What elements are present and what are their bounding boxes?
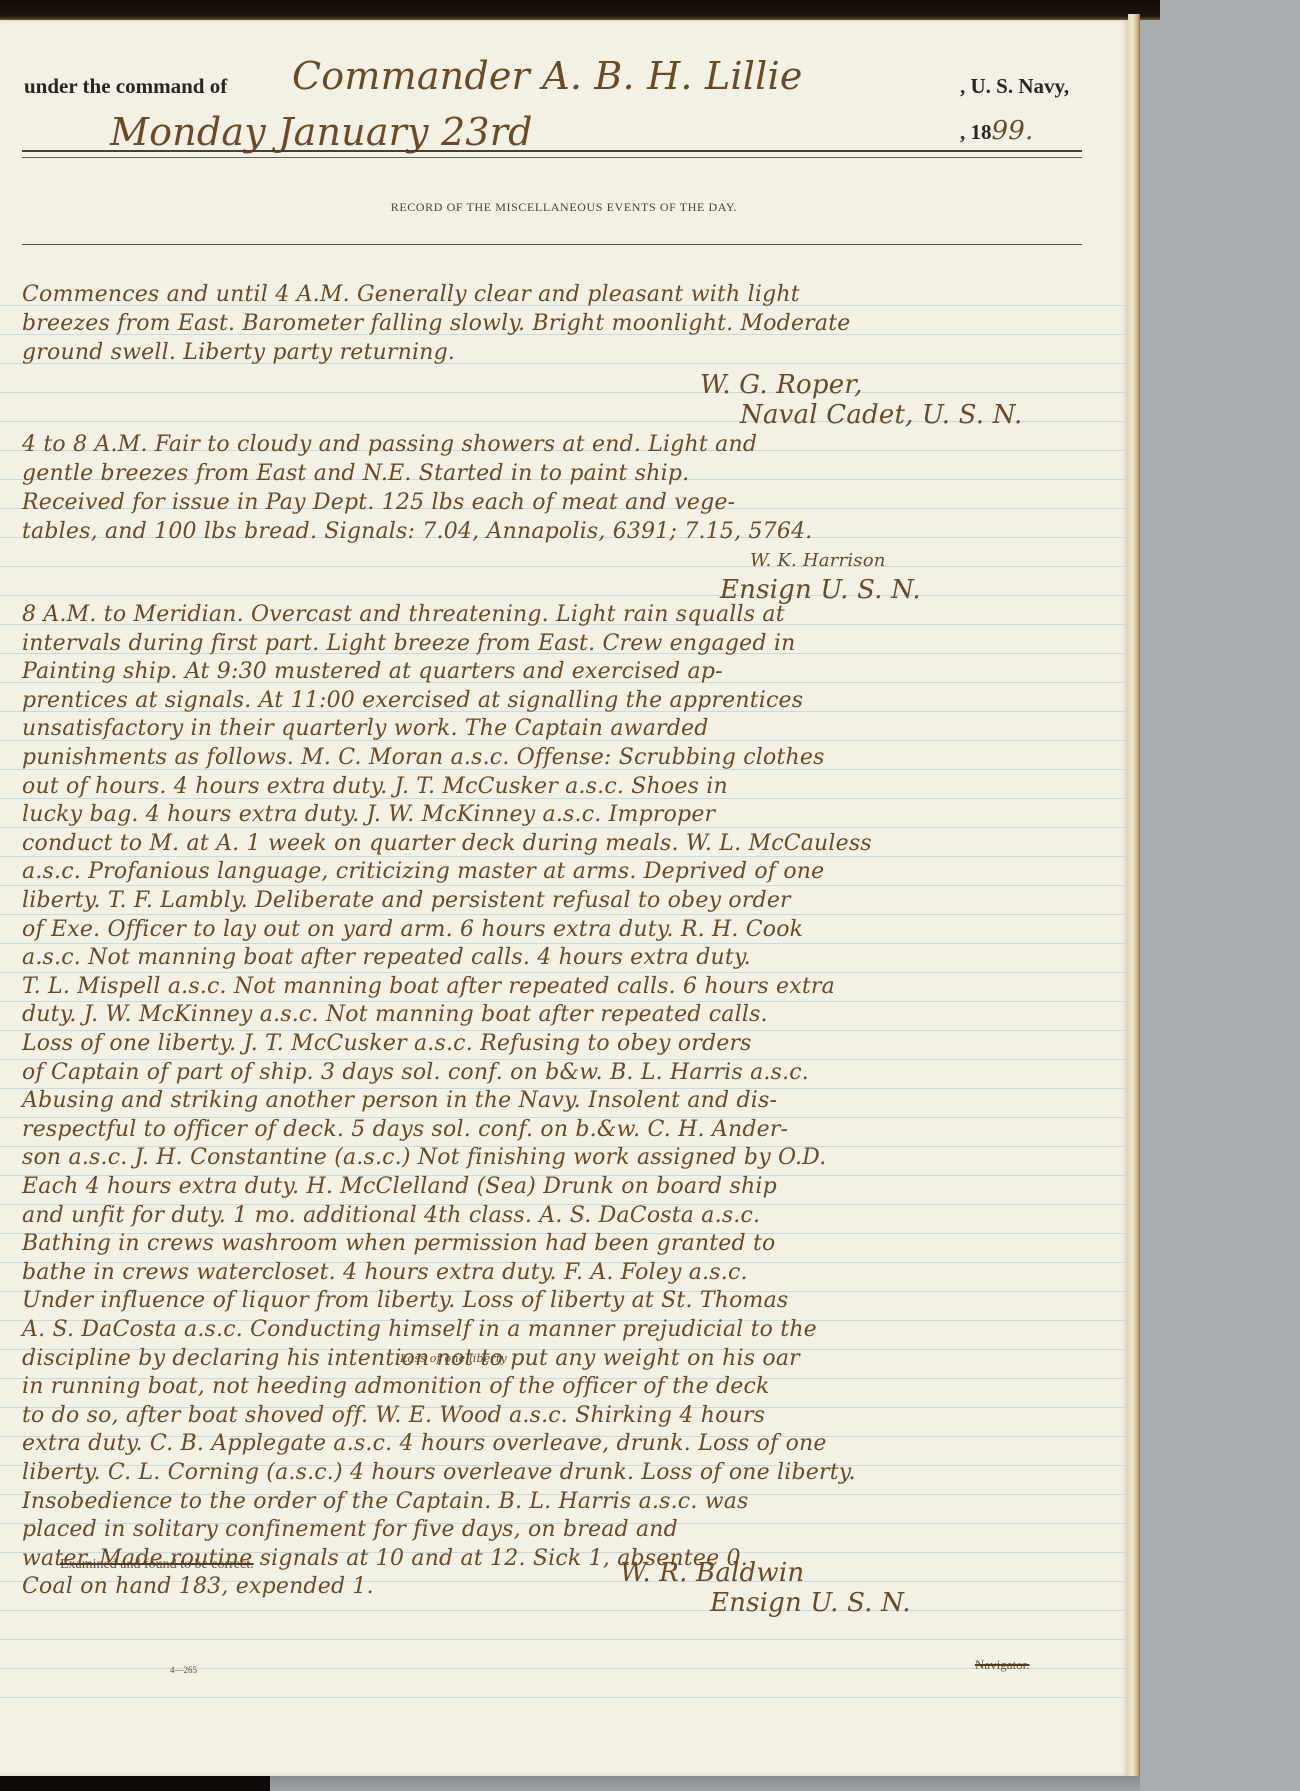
ruled-line: [0, 1697, 1128, 1698]
entry-line: T. L. Mispell a.s.c. Not manning boat af…: [22, 974, 835, 999]
section-title: RECORD OF THE MISCELLANEOUS EVENTS OF TH…: [0, 200, 1128, 215]
entry-line: lucky bag. 4 hours extra duty. J. W. McK…: [22, 802, 715, 827]
entry-line: Coal on hand 183, expended 1.: [22, 1574, 374, 1599]
navy-suffix: , U. S. Navy,: [960, 74, 1069, 99]
entry-line: A. S. DaCosta a.s.c. Conducting himself …: [22, 1317, 817, 1342]
log-page: under the command of Commander A. B. H. …: [0, 20, 1128, 1776]
entry-line: 8 A.M. to Meridian. Overcast and threate…: [22, 602, 785, 627]
entry-line: liberty. T. F. Lambly. Deliberate and pe…: [22, 888, 791, 913]
entry-line: Abusing and striking another person in t…: [22, 1088, 777, 1113]
entry-line: of Captain of part of ship. 3 days sol. …: [22, 1060, 809, 1085]
entry-line: extra duty. C. B. Applegate a.s.c. 4 hou…: [22, 1431, 827, 1456]
entry-line: breezes from East. Barometer falling slo…: [22, 311, 850, 336]
entry-line: Under influence of liquor from liberty. …: [22, 1288, 788, 1313]
form-number: 4—265: [170, 1665, 197, 1675]
entry-line: Insobedience to the order of the Captain…: [22, 1489, 749, 1514]
log-date: Monday January 23rd: [110, 110, 533, 154]
entry-line: gentle breezes from East and N.E. Starte…: [22, 461, 689, 486]
entry-line: a.s.c. Profanious language, criticizing …: [22, 859, 824, 884]
entry-line: Painting ship. At 9:30 mustered at quart…: [22, 659, 723, 684]
navigator-label: Navigator.: [975, 1657, 1030, 1673]
entry-line: punishments as follows. M. C. Moran a.s.…: [22, 745, 825, 770]
entry-line: in running boat, not heeding admonition …: [22, 1374, 770, 1399]
signature-title: Ensign U. S. N.: [720, 575, 921, 605]
signature-title: Ensign U. S. N.: [710, 1588, 911, 1618]
ruled-line: [0, 1610, 1128, 1611]
entry-line: Loss of one liberty. J. T. McCusker a.s.…: [22, 1031, 752, 1056]
signature-title: Naval Cadet, U. S. N.: [740, 400, 1022, 430]
entry-line: Commences and until 4 A.M. Generally cle…: [22, 282, 800, 307]
year-suffix: 99.: [992, 116, 1034, 146]
signature-name: W. G. Roper,: [700, 370, 863, 400]
entry-line: prentices at signals. At 11:00 exercised…: [22, 688, 803, 713]
entry-line: to do so, after boat shoved off. W. E. W…: [22, 1403, 765, 1428]
page-edge: [1128, 14, 1140, 1776]
entry-line: ground swell. Liberty party returning.: [22, 340, 455, 365]
entry-line: duty. J. W. McKinney a.s.c. Not manning …: [22, 1002, 768, 1027]
header-double-rule: [22, 150, 1082, 158]
ruled-line: [0, 595, 1128, 596]
ruled-line: [0, 392, 1128, 393]
ruled-line: [0, 566, 1128, 567]
section-rule: [22, 244, 1082, 245]
year-prefix-text: , 18: [960, 120, 992, 144]
entry-line: out of hours. 4 hours extra duty. J. T. …: [22, 774, 728, 799]
command-prefix: under the command of: [24, 74, 227, 99]
signature-name: W. R. Baldwin: [620, 1558, 804, 1588]
entry-line: intervals during first part. Light breez…: [22, 631, 795, 656]
entry-line: Received for issue in Pay Dept. 125 lbs …: [22, 490, 735, 515]
interlinear-note: Loss of one liberty: [400, 1352, 507, 1365]
entry-line: of Exe. Officer to lay out on yard arm. …: [22, 917, 803, 942]
entry-line: unsatisfactory in their quarterly work. …: [22, 716, 709, 741]
book-binding-top: [0, 0, 1160, 20]
commander-name: Commander A. B. H. Lillie: [292, 54, 803, 98]
page-shadow: [270, 1776, 1140, 1791]
ruled-line: [0, 943, 1128, 944]
signature-name: W. K. Harrison: [750, 550, 886, 571]
entry-line: Bathing in crews washroom when permissio…: [22, 1231, 776, 1256]
entry-line: and unfit for duty. 1 mo. additional 4th…: [22, 1203, 760, 1228]
entry-line: a.s.c. Not manning boat after repeated c…: [22, 945, 751, 970]
year-prefix: , 1899.: [960, 116, 1033, 146]
entry-line: 4 to 8 A.M. Fair to cloudy and passing s…: [22, 432, 757, 457]
entry-line: son a.s.c. J. H. Constantine (a.s.c.) No…: [22, 1145, 826, 1170]
book-binding-bottom: [0, 1776, 270, 1791]
ruled-line: [0, 1639, 1128, 1640]
entry-line: bathe in crews watercloset. 4 hours extr…: [22, 1260, 748, 1285]
entry-line: conduct to M. at A. 1 week on quarter de…: [22, 831, 872, 856]
entry-line: placed in solitary confinement for five …: [22, 1517, 678, 1542]
examined-label: Examined and found to be correct.: [60, 1557, 254, 1573]
entry-line: liberty. C. L. Corning (a.s.c.) 4 hours …: [22, 1460, 856, 1485]
entry-line: Each 4 hours extra duty. H. McClelland (…: [22, 1174, 777, 1199]
ruled-line: [0, 885, 1128, 886]
entry-line: tables, and 100 lbs bread. Signals: 7.04…: [22, 519, 812, 544]
entry-line: respectful to officer of deck. 5 days so…: [22, 1117, 788, 1142]
ruled-line: [0, 914, 1128, 915]
ruled-line: [0, 856, 1128, 857]
